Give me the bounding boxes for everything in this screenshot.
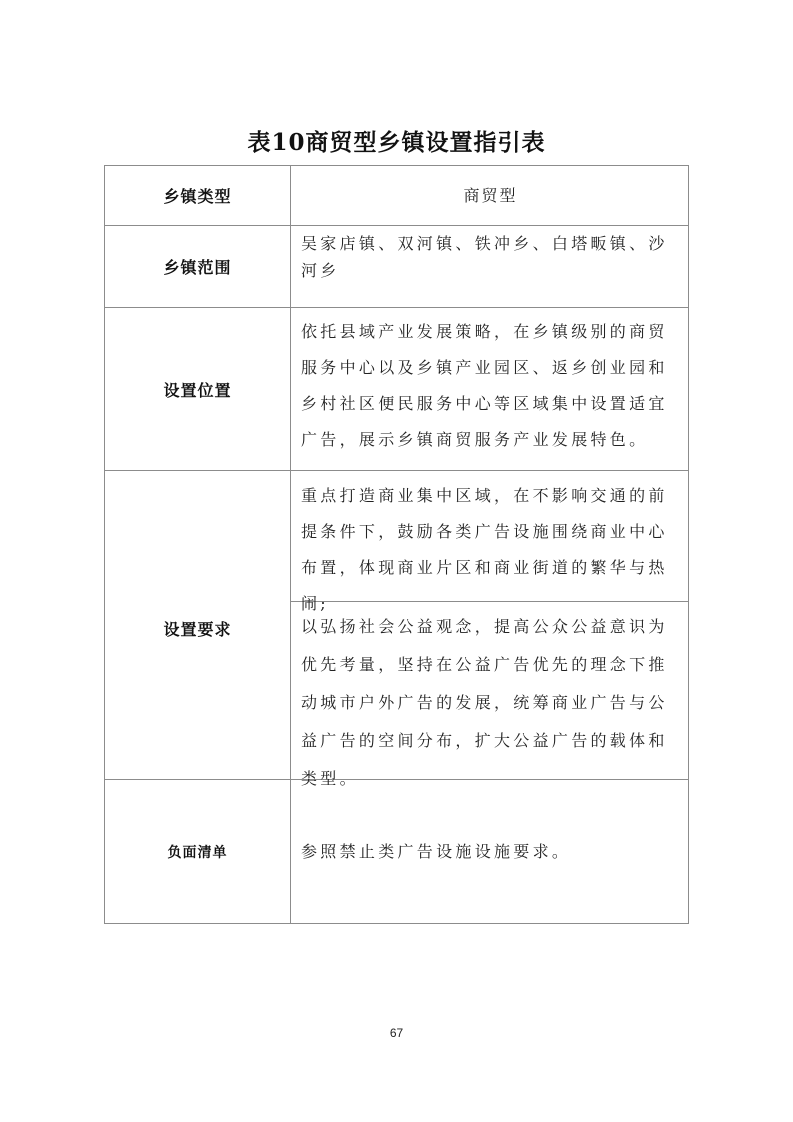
row-value-group: 重点打造商业集中区域，在不影响交通的前提条件下，鼓励各类广告设施围绕商业中心布置… — [291, 471, 688, 779]
row-label: 乡镇类型 — [105, 166, 291, 225]
page-number: 67 — [0, 1026, 793, 1040]
table-row-placement-requirements: 设置要求 重点打造商业集中区域，在不影响交通的前提条件下，鼓励各类广告设施围绕商… — [105, 471, 688, 780]
row-value: 依托县域产业发展策略，在乡镇级别的商贸服务中心以及乡镇产业园区、返乡创业园和乡村… — [291, 308, 688, 470]
row-value: 吴家店镇、双河镇、铁冲乡、白塔畈镇、沙河乡 — [291, 226, 688, 307]
table-title: 表10商贸型乡镇设置指引表 — [0, 124, 793, 157]
row-value: 参照禁止类广告设施设施要求。 — [291, 780, 688, 923]
table-row-placement-location: 设置位置 依托县域产业发展策略，在乡镇级别的商贸服务中心以及乡镇产业园区、返乡创… — [105, 308, 688, 471]
row-label: 设置要求 — [105, 471, 291, 779]
requirement-item: 以弘扬社会公益观念，提高公众公益意识为优先考量，坚持在公益广告优先的理念下推动城… — [291, 602, 688, 780]
table-row-negative-list: 负面清单 参照禁止类广告设施设施要求。 — [105, 780, 688, 923]
table-row-town-type: 乡镇类型 商贸型 — [105, 166, 688, 226]
guideline-table: 乡镇类型 商贸型 乡镇范围 吴家店镇、双河镇、铁冲乡、白塔畈镇、沙河乡 设置位置… — [104, 165, 689, 924]
row-label: 设置位置 — [105, 308, 291, 470]
requirement-item: 重点打造商业集中区域，在不影响交通的前提条件下，鼓励各类广告设施围绕商业中心布置… — [291, 471, 688, 602]
row-value: 商贸型 — [291, 166, 688, 225]
row-label: 负面清单 — [105, 780, 291, 923]
table-row-town-scope: 乡镇范围 吴家店镇、双河镇、铁冲乡、白塔畈镇、沙河乡 — [105, 226, 688, 308]
row-label: 乡镇范围 — [105, 226, 291, 307]
